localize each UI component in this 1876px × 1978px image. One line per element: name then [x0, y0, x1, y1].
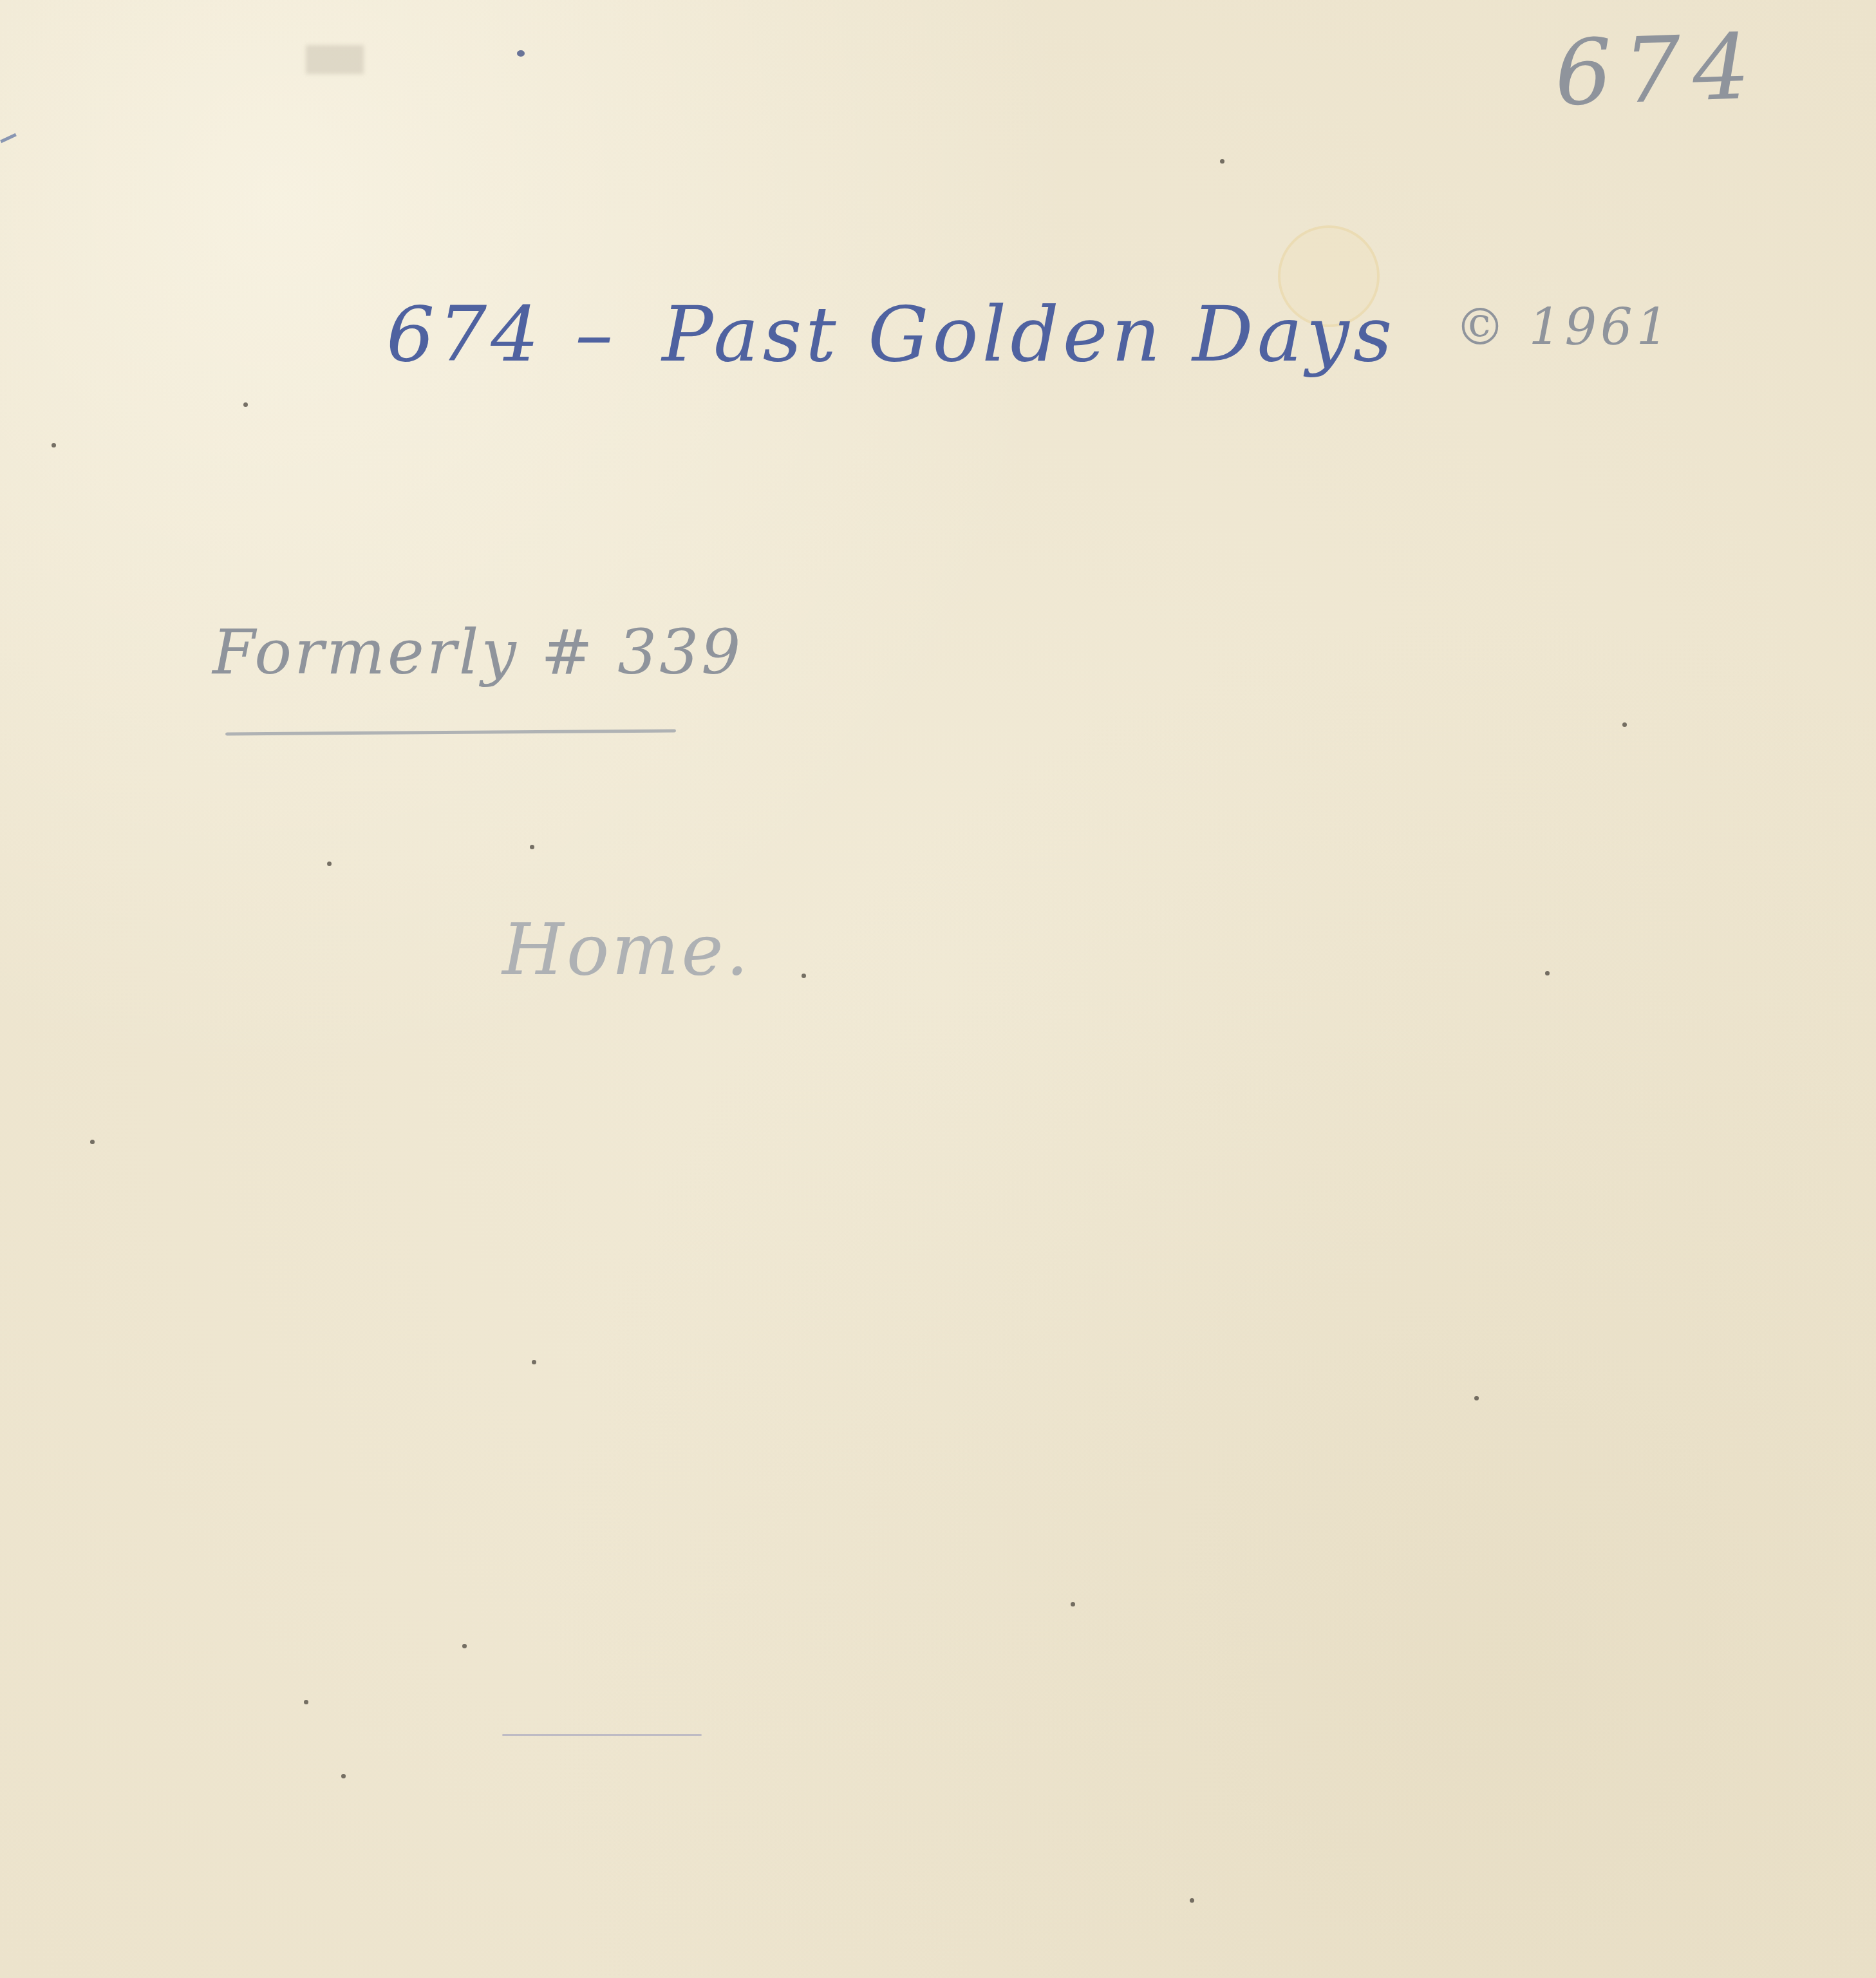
title-separator: – — [575, 290, 617, 379]
paper-speck — [341, 1774, 346, 1778]
paper-speck — [1220, 159, 1224, 164]
paper-speck — [1071, 1602, 1075, 1606]
ink-speck — [517, 50, 525, 57]
title-text: Past Golden Days — [662, 290, 1396, 379]
copyright-note: © 1961 — [1455, 303, 1672, 353]
paper-speck — [304, 1700, 308, 1704]
document-page: 674 674–Past Golden Days © 1961 Formerly… — [0, 0, 1876, 1978]
paper-speck — [532, 1360, 536, 1364]
former-number-note: Formerly # 339 — [212, 621, 743, 683]
home-note: Home. — [502, 914, 751, 985]
paper-speck — [90, 1140, 95, 1144]
former-number-underline — [225, 730, 676, 736]
paper-speck — [243, 402, 248, 407]
paper-speck — [1622, 722, 1627, 727]
paper-speck — [530, 845, 534, 849]
paper-speck — [1190, 1898, 1194, 1903]
paper-speck — [462, 1644, 467, 1648]
paper-speck — [52, 443, 56, 447]
paper-speck — [327, 862, 332, 866]
paper-speck — [1474, 1396, 1479, 1400]
title-number: 674 — [386, 290, 543, 379]
paper-speck — [1545, 971, 1550, 975]
title-line: 674–Past Golden Days — [386, 296, 1396, 372]
paper-speck — [802, 974, 806, 978]
ink-edge-mark — [0, 133, 17, 144]
pencil-rule — [502, 1734, 702, 1736]
page-number: 674 — [1553, 22, 1763, 119]
smudge-mark — [306, 45, 364, 74]
